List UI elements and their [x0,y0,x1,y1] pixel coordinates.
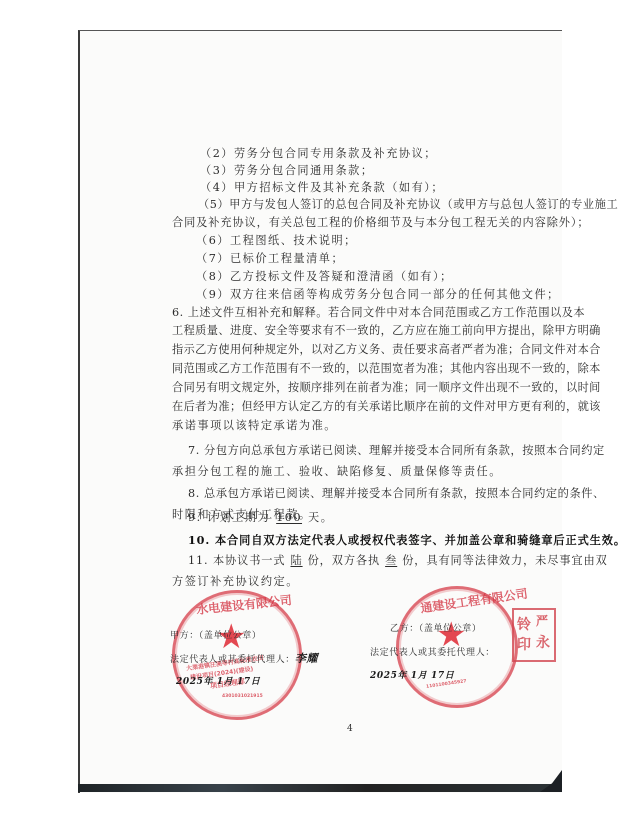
clause-9: 9. 计划工期为100天。 [188,511,333,525]
party-a-label: 甲方：（盖单位公章） [170,629,262,643]
copies-each-value: 叁 [380,554,402,567]
clause-11-part2: 份，双方各执 [308,554,381,567]
schedule-days-value: 100 [270,511,308,524]
doc-line-12: 指示乙方使用何种规定外，以对乙方义务、责任要求高者严者为准；合同文件对本合 [172,343,601,357]
party-b-label: 乙方：（盖单位公章） [390,622,482,636]
party-a-rep-text: 法定代表人或其委托代理人： [170,655,295,665]
personal-seal-char-2: 严 [536,612,548,629]
clause-11-part3: 份，具有同等法律效力，未尽事宜由双 [402,554,608,567]
doc-line-1: （2）劳务分包合同专用条款及补充协议； [200,147,437,161]
clause-10: 10. 本合同自双方法定代表人或授权代表签字、并加盖公章和骑缝章后正式生效。 [188,533,626,547]
party-a-rep-label: 法定代表人或其委托代理人：李耀 [170,652,318,667]
doc-line-5: 合同及补充协议，有关总包工程的价格细节及与本分包工程无关的内容除外）； [172,216,589,230]
party-a-signature: 李耀 [295,652,318,665]
doc-line-3: （4）甲方招标文件及其补充条款（如有）； [200,181,444,195]
doc-line-10: 6. 上述文件互相补充和解释。若合同文件中对本合同范围或乙方工作范围以及本 [172,306,585,320]
page-number: 4 [347,724,353,734]
personal-seal-char-1: 铃 [517,614,531,634]
clause-11: 11. 本协议书一式陆份，双方各执叁份，具有同等法律效力，未尽事宜由双 [188,554,608,568]
clause-11-continuation: 方签订补充协议约定。 [172,575,299,589]
doc-line-18: 承担分包工程的施工、验收、缺陷修复、质量保修等责任。 [172,465,502,479]
party-b-date: 2025年 1月 17日 [370,669,454,683]
doc-line-19: 8. 总承包方承诺已阅读、理解并接受本合同所有条款，按照本合同约定的条件、 [188,487,605,501]
clause-11-part1: 11. 本协议书一式 [188,554,285,567]
personal-seal-char-4: 永 [536,632,550,652]
doc-line-8: （8）乙方投标文件及答疑和澄清函（如有）； [196,270,453,284]
doc-line-2: （3）劳务分包合同通用条款； [200,164,374,178]
clause-9-suffix: 天。 [308,511,333,524]
page-shadow-edge [78,784,560,792]
doc-line-16: 承诺事项以该特定承诺为准。 [172,419,337,433]
doc-line-9: （9）双方往来信函等构成劳务分包合同一部分的任何其他文件； [196,288,560,302]
doc-line-15: 在后者为准；但经甲方认定乙方的有关承诺比顺序在前的文件对甲方更有利的，就该 [172,400,601,414]
party-a-date: 2025年 1月 17日 [176,675,260,689]
doc-line-17: 7. 分包方向总承包方承诺已阅读、理解并接受本合同所有条款，按照本合同约定 [188,444,605,458]
personal-seal-char-3: 印 [517,634,531,654]
copies-total-value: 陆 [285,554,307,567]
party-b-rep-label: 法定代表人或其委托代理人： [370,646,495,660]
doc-line-13: 同范围或乙方工作范围有不一致的，以范围宽者为准；其他内容出现不一致的，除本 [172,362,601,376]
doc-line-4: （5）甲方与发包人签订的总包合同及补充协议（或甲方与总包人签订的专业施工 [198,198,618,212]
doc-line-11: 工程质量、进度、安全等要求有不一致的，乙方应在施工前向甲方提出，除甲方明确 [172,324,601,338]
clause-9-prefix: 9. 计划工期为 [188,511,270,524]
party-a-seal-code: 4301031021915 [222,694,263,699]
personal-seal: 铃 严 印 永 [512,608,556,662]
doc-line-7: （7）已标价工程量清单； [196,252,344,266]
doc-line-14: 合同另有明文规定外，按顺序排列在前者为准；同一顺序文件出现不一致的，以时间 [172,381,601,395]
doc-line-6: （6）工程图纸、技术说明； [196,234,357,248]
